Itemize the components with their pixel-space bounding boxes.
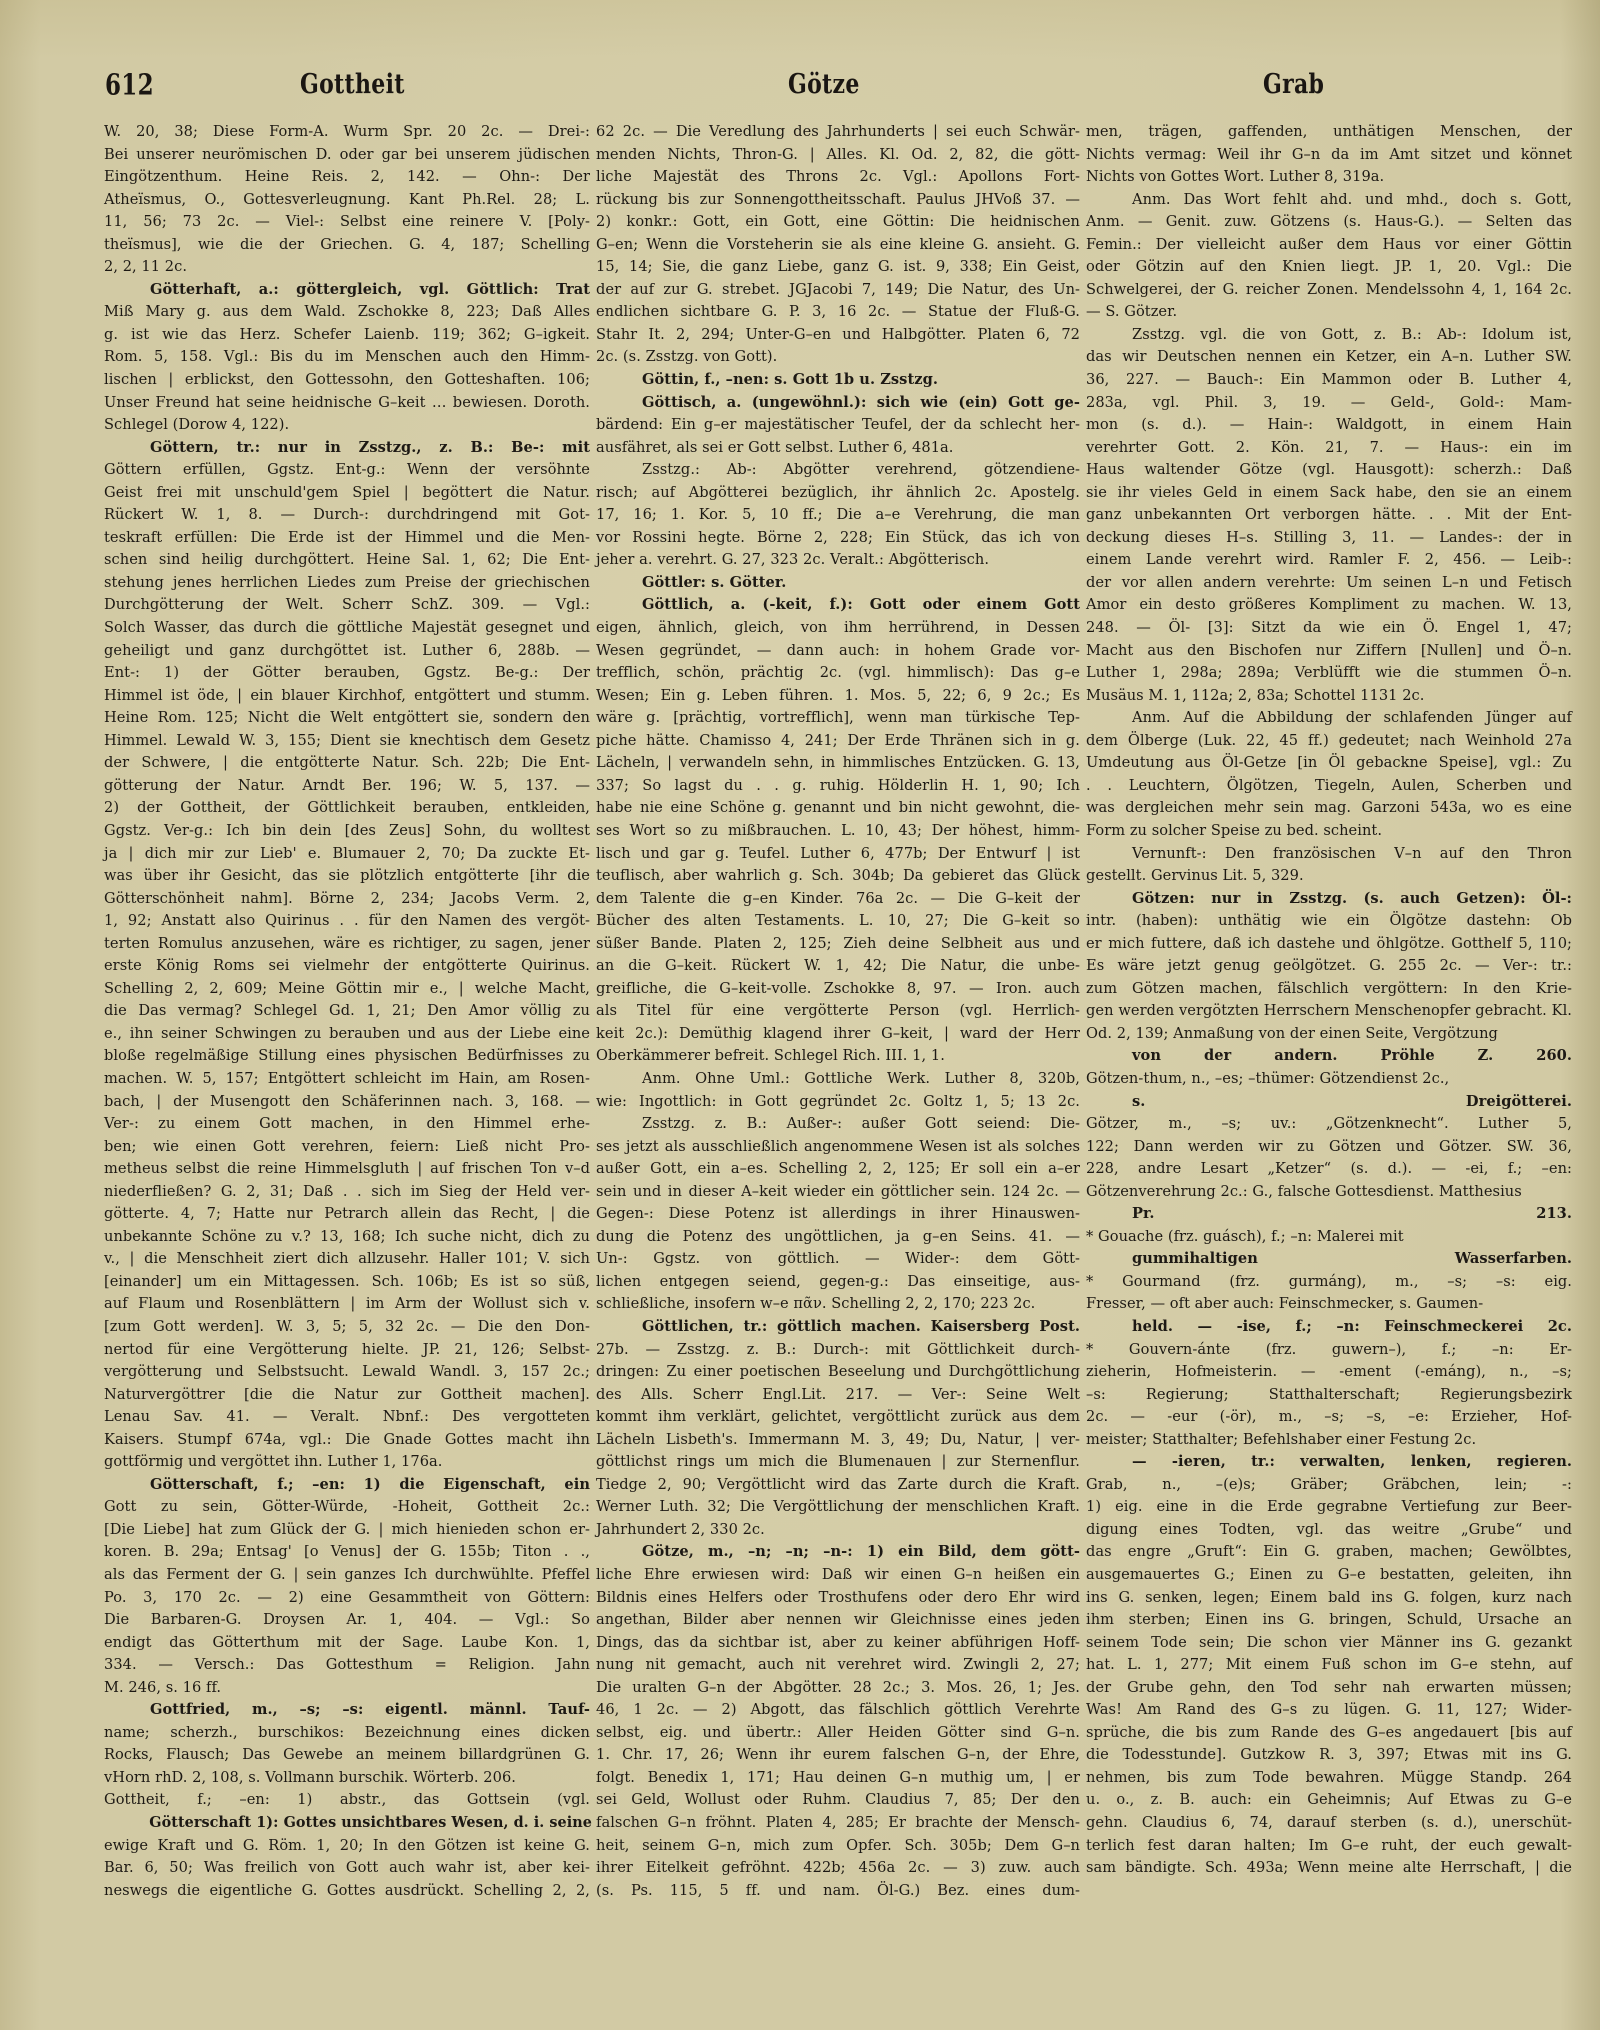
running-head-left: Gottheit: [300, 68, 405, 101]
text-line: dem Ölberge (Luk. 22, 45 ff.) gedeutet; …: [1086, 730, 1572, 753]
text-line: Femin.: Der vielleicht außer dem Haus vo…: [1086, 234, 1572, 257]
text-line: M. 246, s. 16 ff.: [104, 1677, 590, 1700]
text-line: Die Barbaren-G. Droysen Ar. 1, 404. — Vg…: [104, 1609, 590, 1632]
text-line: Po. 3, 170 2c. — 2) eine Gesammtheit von…: [104, 1587, 590, 1610]
text-line: g. ist wie das Herz. Schefer Laienb. 119…: [104, 324, 590, 347]
text-line: einem Lande verehrt wird. Ramler F. 2, 4…: [1086, 549, 1572, 572]
entry-headword-line: Götterschaft 1): Gottes unsichtbares Wes…: [104, 1812, 635, 1835]
text-line: ihrer Eitelkeit gefröhnt. 422b; 456a 2c.…: [596, 1857, 1080, 1880]
text-line: e., ihn seiner Schwingen zu berauben und…: [104, 1023, 590, 1046]
text-line: liche Majestät des Throns 2c. Vgl.: Apol…: [596, 166, 1080, 189]
text-line: schließliche, insofern w–e πᾶν. Schellin…: [596, 1293, 1080, 1316]
text-line: Götzen-thum, n., –es; –thümer: Götzendie…: [1086, 1068, 1572, 1091]
text-line: Macht aus den Bischofen nur Ziffern [Nul…: [1086, 640, 1572, 663]
text-line: u. o., z. B. auch: ein Geheimnis; Auf Et…: [1086, 1789, 1572, 1812]
text-line: ja | dich mir zur Lieb' e. Blumauer 2, 7…: [104, 843, 590, 866]
text-line: dung die Potenz des ungöttlichen, ja g–e…: [596, 1226, 1080, 1249]
text-line: götterte. 4, 7; Hatte nur Petrarch allei…: [104, 1203, 590, 1226]
text-line: Naturvergöttrer [die die Natur zur Gotth…: [104, 1384, 590, 1407]
text-line: 2) konkr.: Gott, ein Gott, eine Göttin: …: [596, 211, 1080, 234]
text-line: Haus waltender Götze (vgl. Hausgott): sc…: [1086, 459, 1572, 482]
text-line: Dings, das da sichtbar ist, aber zu kein…: [596, 1632, 1080, 1655]
text-line: Tiedge 2, 90; Vergöttlicht wird das Zart…: [596, 1474, 1080, 1497]
text-line: Heine Rom. 125; Nicht die Welt entgötter…: [104, 707, 590, 730]
text-line: göttlichst rings um mich die Blumenauen …: [596, 1451, 1080, 1474]
text-line: Himmel ist öde, | ein blauer Kirchhof, e…: [104, 685, 590, 708]
text-line: 36, 227. — Bauch-: Ein Mammon oder B. Lu…: [1086, 369, 1572, 392]
text-line: unbekannte Schöne zu v.? 13, 168; Ich su…: [104, 1226, 590, 1249]
text-line: theïsmus], wie die der Griechen. G. 4, 1…: [104, 234, 590, 257]
text-line: bloße regelmäßige Stillung eines physisc…: [104, 1045, 590, 1068]
text-line: Schelling 2, 2, 609; Meine Göttin mir e.…: [104, 978, 590, 1001]
text-line: Schwelgerei, der G. reicher Zonen. Mende…: [1086, 279, 1572, 302]
text-line: an die G–keit. Rückert W. 1, 42; Die Nat…: [596, 955, 1080, 978]
text-line: greifliche, die G–keit-volle. Zschokke 8…: [596, 978, 1080, 1001]
text-line: 228, andre Lesart „Ketzer“ (s. d.). — -e…: [1086, 1158, 1572, 1181]
entry-headword-line: Gottfried, m., –s; –s: eigentl. männl. T…: [104, 1699, 590, 1722]
text-line: Kaisers. Stumpf 674a, vgl.: Die Gnade Go…: [104, 1429, 590, 1452]
text-line: ausfähret, als sei er Gott selbst. Luthe…: [596, 437, 1080, 460]
text-line: Was! Am Rand des G–s zu lügen. G. 11, 12…: [1086, 1699, 1572, 1722]
text-line: Bei unserer neurömischen D. oder gar bei…: [104, 144, 590, 167]
text-line: rückung bis zur Sonnengottheitsschaft. P…: [596, 189, 1080, 212]
text-line: Oberkämmerer befreit. Schlegel Rich. III…: [596, 1045, 1080, 1068]
text-line: Werner Luth. 32; Die Vergöttlichung der …: [596, 1496, 1080, 1519]
entry-headword-line: Götterschaft, f.; –en: 1) die Eigenschaf…: [104, 1474, 590, 1497]
text-line: machen. W. 5, 157; Entgöttert schleicht …: [104, 1068, 590, 1091]
text-line: Lenau Sav. 41. — Veralt. Nbnf.: Des verg…: [104, 1406, 590, 1429]
text-line: er mich futtere, daß ich dastehe und öhl…: [1086, 933, 1572, 956]
text-line: intr. (haben): unthätig wie ein Ölgötze …: [1086, 910, 1572, 933]
entry-headword-line: Göttlich, a. (-keit, f.): Gott oder eine…: [596, 594, 1080, 617]
text-line: W. 20, 38; Diese Form-A. Wurm Spr. 20 2c…: [104, 121, 590, 144]
text-line: dem Talente die g–en Kinder. 76a 2c. — D…: [596, 888, 1080, 911]
text-line: 283a, vgl. Phil. 3, 19. — Geld-, Gold-: …: [1086, 392, 1572, 415]
text-line: lisch und gar g. Teufel. Luther 6, 477b;…: [596, 843, 1080, 866]
column-left: W. 20, 38; Diese Form-A. Wurm Spr. 20 2c…: [104, 121, 590, 1902]
text-line: als das Ferment der G. | sein ganzes Ich…: [104, 1564, 590, 1587]
text-line: wie: Ingottlich: in Gott gegründet 2c. G…: [596, 1091, 1080, 1114]
entry-headword-line: Göttler: s. Götter.: [596, 572, 1080, 595]
text-line: Un-: Ggstz. von göttlich. — Wider-: dem …: [596, 1248, 1080, 1271]
text-line: terten Romulus anzusehen, wäre es richti…: [104, 933, 590, 956]
text-line: gottförmig und vergöttet ihn. Luther 1, …: [104, 1451, 590, 1474]
text-line: Nichts vermag: Weil ihr G–n da im Amt si…: [1086, 144, 1572, 167]
text-line: Atheïsmus, O., Gottesverleugnung. Kant P…: [104, 189, 590, 212]
text-line: bärdend: Ein g–er majestätischer Teufel,…: [596, 414, 1080, 437]
text-line: Wesen; Ein g. Leben führen. 1. Mos. 5, 2…: [596, 685, 1080, 708]
text-line: falschen G–n fröhnt. Platen 4, 285; Er b…: [596, 1812, 1080, 1835]
text-line: Stahr It. 2, 294; Unter-G–en und Halbgöt…: [596, 324, 1080, 347]
text-line: folgt. Benedix 1, 171; Hau deinen G–n mu…: [596, 1767, 1080, 1790]
text-line: Miß Mary g. aus dem Wald. Zschokke 8, 22…: [104, 301, 590, 324]
text-line: koren. B. 29a; Entsag' [o Venus] der G. …: [104, 1541, 590, 1564]
text-line: Fresser, — oft aber auch: Feinschmecker,…: [1086, 1293, 1572, 1316]
text-line: * Gourmand (frz. gurmáng), m., –s; –s: e…: [1086, 1271, 1572, 1294]
text-line: Es wäre jetzt genug geölgötzet. G. 255 2…: [1086, 955, 1572, 978]
text-line: nertod für eine Vergötterung hielte. JP.…: [104, 1339, 590, 1362]
text-line: trefflich, schön, prächtig 2c. (vgl. him…: [596, 662, 1080, 685]
entry-headword-line: von der andern. Pröhle Z. 260.: [1086, 1045, 1572, 1068]
text-line: 2, 2, 11 2c.: [104, 256, 590, 279]
text-line: geheiligt und ganz durchgöttet ist. Luth…: [104, 640, 590, 663]
text-line: kommt ihm verklärt, gelichtet, vergöttli…: [596, 1406, 1080, 1429]
text-line: bach, | der Musengott den Schäferinnen n…: [104, 1091, 590, 1114]
text-line: Od. 2, 139; Anmaßung von der einen Seite…: [1086, 1023, 1572, 1046]
text-line: des Alls. Scherr Engl.Lit. 217. — Ver-: …: [596, 1384, 1080, 1407]
column-middle: 62 2c. — Die Veredlung des Jahrhunderts …: [596, 121, 1080, 1902]
text-line: Umdeutung aus Öl-Getze [in Öl gebackne S…: [1086, 752, 1572, 775]
text-line: auf Flaum und Rosenblättern | im Arm der…: [104, 1293, 590, 1316]
text-line: Gott zu sein, Götter-Würde, -Hoheit, Got…: [104, 1496, 590, 1519]
text-line: ausgemauertes G.; Einen zu G–e bestatten…: [1086, 1564, 1572, 1587]
text-line: Anm. Das Wort fehlt ahd. und mhd., doch …: [1086, 189, 1572, 212]
column-right: men, trägen, gaffenden, unthätigen Mensc…: [1086, 121, 1572, 1880]
entry-headword-line: gummihaltigen Wasserfarben.: [1086, 1248, 1572, 1271]
text-line: endigt das Götterthum mit der Sage. Laub…: [104, 1632, 590, 1655]
text-line: götterung der Natur. Arndt Ber. 196; W. …: [104, 775, 590, 798]
text-line: ihm sterben; Einen ins G. bringen, Schul…: [1086, 1609, 1572, 1632]
text-line: der vor allen andern verehrte: Um seinen…: [1086, 572, 1572, 595]
text-line: Vernunft-: Den französischen V–n auf den…: [1086, 843, 1572, 866]
text-line: . . Leuchtern, Ölgötzen, Tiegeln, Aulen,…: [1086, 775, 1572, 798]
text-line: niederfließen? G. 2, 31; Daß . . sich im…: [104, 1181, 590, 1204]
text-line: piche hätte. Chamisso 4, 241; Der Erde T…: [596, 730, 1080, 753]
text-line: der Grube gehn, den Tod sehr nah erwarte…: [1086, 1677, 1572, 1700]
text-line: 2c. (s. Zsstzg. von Gott).: [596, 346, 1080, 369]
text-line: das wir Deutschen nennen ein Ketzer, ein…: [1086, 346, 1572, 369]
text-line: der Schwere, | die entgötterte Natur. Sc…: [104, 752, 590, 775]
text-line: Solch Wasser, das durch die göttliche Ma…: [104, 617, 590, 640]
text-line: Zsstzg. z. B.: Außer-: außer Gott seiend…: [596, 1113, 1080, 1136]
text-line: metheus selbst die reine Himmelsgluth | …: [104, 1158, 590, 1181]
text-line: Grab, n., –(e)s; Gräber; Gräbchen, lein;…: [1086, 1474, 1572, 1497]
text-line: digung eines Todten, vgl. das weitre „Gr…: [1086, 1519, 1572, 1542]
running-head-right: Grab: [1263, 68, 1324, 101]
text-line: vHorn rhD. 2, 108, s. Vollmann burschik.…: [104, 1767, 590, 1790]
text-line: gen werden vergötzten Herrschern Mensche…: [1086, 1000, 1572, 1023]
text-line: als Titel für eine vergötterte Person (v…: [596, 1000, 1080, 1023]
text-line: was dergleichen mehr sein mag. Garzoni 5…: [1086, 797, 1572, 820]
text-line: Gegen-: Diese Potenz ist allerdings in i…: [596, 1203, 1080, 1226]
text-line: Zsstzg.: Ab-: Abgötter verehrend, götzen…: [596, 459, 1080, 482]
text-line: Lächeln, | verwandeln sehn, in himmlisch…: [596, 752, 1080, 775]
text-line: Durchgötterung der Welt. Scherr SchZ. 30…: [104, 594, 590, 617]
text-line: 11, 56; 73 2c. — Viel-: Selbst eine rein…: [104, 211, 590, 234]
text-line: Ent-: 1) der Götter berauben, Ggstz. Be-…: [104, 662, 590, 685]
running-head: 612 Gottheit Götze Grab: [0, 68, 1600, 104]
entry-headword-line: Götterhaft, a.: göttergleich, vgl. Göttl…: [104, 279, 590, 302]
text-line: — S. Götzer.: [1086, 301, 1572, 324]
text-line: zieherin, Hofmeisterin. — -ement (-emáng…: [1086, 1361, 1572, 1384]
text-line: 1. Chr. 17, 26; Wenn ihr eurem falschen …: [596, 1744, 1080, 1767]
text-line: 2c. — -eur (-ör), m., –s; –s, –e: Erzieh…: [1086, 1406, 1572, 1429]
text-line: 337; So lagst du . . g. ruhig. Hölderlin…: [596, 775, 1080, 798]
text-line: Ver-: zu einem Gott machen, in den Himme…: [104, 1113, 590, 1136]
text-line: sei Geld, Wollust oder Ruhm. Claudius 7,…: [596, 1789, 1080, 1812]
text-line: hat. L. 1, 277; Mit einem Fuß schon im G…: [1086, 1654, 1572, 1677]
text-line: die Das vermag? Schlegel Gd. 1, 21; Den …: [104, 1000, 590, 1023]
text-line: Rom. 5, 158. Vgl.: Bis du im Menschen au…: [104, 346, 590, 369]
text-line: angethan, Bilder aber nennen wir Gleichn…: [596, 1609, 1080, 1632]
text-line: oder Götzin auf den Knien liegt. JP. 1, …: [1086, 256, 1572, 279]
text-line: Anm. Auf die Abbildung der schlafenden J…: [1086, 707, 1572, 730]
text-line: Ggstz. Ver-g.: Ich bin dein [des Zeus] S…: [104, 820, 590, 843]
text-line: lischen | erblickst, den Gottessohn, den…: [104, 369, 590, 392]
text-line: erste König Roms sei vielmehr der entgöt…: [104, 955, 590, 978]
entry-headword-line: — -ieren, tr.: verwalten, lenken, regier…: [1086, 1451, 1572, 1474]
text-line: Anm. — Genit. zuw. Götzens (s. Haus-G.).…: [1086, 211, 1572, 234]
text-line: –s: Regierung; Statthalterschaft; Regier…: [1086, 1384, 1572, 1407]
text-line: sie ihr vieles Geld in einem Sack habe, …: [1086, 482, 1572, 505]
text-line: Anm. Ohne Uml.: Gottliche Werk. Luther 8…: [596, 1068, 1080, 1091]
text-line: G–en; Wenn die Vorsteherin sie als eine …: [596, 234, 1080, 257]
text-line: ben; wie einen Gott verehren, feiern: Li…: [104, 1136, 590, 1159]
text-line: Bildnis eines Helfers oder Trosthufens o…: [596, 1587, 1080, 1610]
text-line: Schlegel (Dorow 4, 122).: [104, 414, 590, 437]
text-line: men, trägen, gaffenden, unthätigen Mensc…: [1086, 121, 1572, 144]
text-line: 27b. — Zsstzg. z. B.: Durch-: mit Göttli…: [596, 1339, 1080, 1362]
text-line: 2) der Gottheit, der Göttlichkeit beraub…: [104, 797, 590, 820]
text-line: schen sind heilig durchgöttert. Heine Sa…: [104, 549, 590, 572]
text-line: liche Ehre erwiesen wird: Daß wir einen …: [596, 1564, 1080, 1587]
text-line: Götterschönheit nahm]. Börne 2, 234; Jac…: [104, 888, 590, 911]
text-line: sein und in dieser A–keit wieder ein göt…: [596, 1181, 1080, 1204]
text-line: zum Götzen machen, fälschlich vergöttern…: [1086, 978, 1572, 1001]
text-line: Musäus M. 1, 112a; 2, 83a; Schottel 1131…: [1086, 685, 1572, 708]
text-line: Jahrhundert 2, 330 2c.: [596, 1519, 1080, 1542]
running-head-middle: Götze: [788, 68, 860, 101]
page-number: 612: [105, 68, 154, 102]
text-line: süßer Bande. Platen 2, 125; Zieh deine S…: [596, 933, 1080, 956]
text-line: Himmel. Lewald W. 3, 155; Dient sie knec…: [104, 730, 590, 753]
text-line: stehung jenes herrlichen Liedes zum Prei…: [104, 572, 590, 595]
text-line: Die uralten G–n der Abgötter. 28 2c.; 3.…: [596, 1677, 1080, 1700]
entry-headword-line: held. — -ise, f.; –n: Feinschmeckerei 2c…: [1086, 1316, 1572, 1339]
text-line: teuflisch, aber wahrlich g. Sch. 304b; D…: [596, 865, 1080, 888]
text-line: Wesen gegründet, — dann auch: in hohem G…: [596, 640, 1080, 663]
text-line: jeher a. verehrt. G. 27, 323 2c. Veralt.…: [596, 549, 1080, 572]
text-line: ins G. senken, legen; Einem bald ins G. …: [1086, 1587, 1572, 1610]
text-line: keit 2c.): Demüthig klagend ihrer G–keit…: [596, 1023, 1080, 1046]
entry-headword-line: Göttern, tr.: nur in Zsstzg., z. B.: Be-…: [104, 437, 590, 460]
entry-headword-line: Göttlichen, tr.: göttlich machen. Kaiser…: [596, 1316, 1080, 1339]
dictionary-page: 612 Gottheit Götze Grab W. 20, 38; Diese…: [0, 0, 1600, 2030]
text-line: nung nit gemacht, auch nit verehret wird…: [596, 1654, 1080, 1677]
text-line: 248. — Öl- [3]: Sitzt da wie ein Ö. Enge…: [1086, 617, 1572, 640]
text-line: wäre g. [prächtig, vortrefflich], wenn m…: [596, 707, 1080, 730]
text-line: gestellt. Gervinus Lit. 5, 329.: [1086, 865, 1572, 888]
text-line: 334. — Versch.: Das Gottesthum = Religio…: [104, 1654, 590, 1677]
text-line: ses jetzt als ausschließlich angenommene…: [596, 1136, 1080, 1159]
text-line: 15, 14; Sie, die ganz Liebe, ganz G. ist…: [596, 256, 1080, 279]
text-line: selbst, eig. und übertr.: Aller Heiden G…: [596, 1722, 1080, 1745]
text-line: sprüche, die bis zum Rande des G–es ange…: [1086, 1722, 1572, 1745]
text-line: Geist frei mit unschuld'gem Spiel | begö…: [104, 482, 590, 505]
text-line: seinem Tode sein; Die schon vier Männer …: [1086, 1632, 1572, 1655]
text-line: ses Wort so zu mißbrauchen. L. 10, 43; D…: [596, 820, 1080, 843]
text-line: deckung dieses H–s. Stilling 3, 11. — La…: [1086, 527, 1572, 550]
text-line: dringen: Zu einer poetischen Beseelung u…: [596, 1361, 1080, 1384]
text-line: der auf zur G. strebet. JGJacobi 7, 149;…: [596, 279, 1080, 302]
text-line: 122; Dann werden wir zu Götzen und Götze…: [1086, 1136, 1572, 1159]
text-line: gehn. Claudius 6, 74, darauf sterben (s.…: [1086, 1812, 1572, 1835]
text-line: Bücher des alten Testaments. L. 10, 27; …: [596, 910, 1080, 933]
text-line: eigen, ähnlich, gleich, von ihm herrühre…: [596, 617, 1080, 640]
text-line: vergötterung und Selbstsucht. Lewald Wan…: [104, 1361, 590, 1384]
text-line: v., | die Menschheit ziert dich allzuseh…: [104, 1248, 590, 1271]
entry-headword-line: Götzen: nur in Zsstzg. (s. auch Getzen):…: [1086, 888, 1572, 911]
text-line: * Gouvern-ánte (frz. guwern–), f.; –n: E…: [1086, 1339, 1572, 1362]
text-line: Unser Freund hat seine heidnische G–keit…: [104, 392, 590, 415]
entry-headword-line: s. Dreigötterei.: [1086, 1091, 1572, 1114]
text-line: [einander] um ein Mittagessen. Sch. 106b…: [104, 1271, 590, 1294]
text-line: teskraft erfüllen: Die Erde ist der Himm…: [104, 527, 590, 550]
text-line: 1) eig. eine in die Erde gegrabne Vertie…: [1086, 1496, 1572, 1519]
text-line: Gottheit, f.; –en: 1) abstr., das Gottse…: [104, 1789, 590, 1812]
text-line: Zsstzg. vgl. die von Gott, z. B.: Ab-: I…: [1086, 324, 1572, 347]
text-line: Nichts von Gottes Wort. Luther 8, 319a.: [1086, 166, 1572, 189]
text-line: risch; auf Abgötterei bezüglich, ihr ähn…: [596, 482, 1080, 505]
text-line: lichen entgegen seiend, gegen-g.: Das ei…: [596, 1271, 1080, 1294]
entry-headword-line: Göttisch, a. (ungewöhnl.): sich wie (ein…: [596, 392, 1080, 415]
text-line: vor Rossini hegte. Börne 2, 228; Ein Stü…: [596, 527, 1080, 550]
text-line: außer Gott, ein a–es. Schelling 2, 2, 12…: [596, 1158, 1080, 1181]
text-line: terlich fest daran halten; Im G–e ruht, …: [1086, 1835, 1572, 1858]
text-line: Amor ein desto größeres Kompliment zu ma…: [1086, 594, 1572, 617]
text-line: Rocks, Flausch; Das Gewebe an meinem bil…: [104, 1744, 590, 1767]
entry-headword-line: Götze, m., –n; –n; –n-: 1) ein Bild, dem…: [596, 1541, 1080, 1564]
text-line: verehrter Gott. 2. Kön. 21, 7. — Haus-: …: [1086, 437, 1572, 460]
text-line: die Todesstunde]. Gutzkow R. 3, 397; Etw…: [1086, 1744, 1572, 1767]
text-line: heit, seinem G–n, mich zum Opfer. Sch. 3…: [596, 1835, 1080, 1858]
text-line: neswegs die eigentliche G. Gottes ausdrü…: [104, 1880, 590, 1903]
text-line: Göttern erfüllen, Ggstz. Ent-g.: Wenn de…: [104, 459, 590, 482]
text-line: habe nie eine Schöne g. genannt und bin …: [596, 797, 1080, 820]
text-line: [zum Gott werden]. W. 3, 5; 5, 32 2c. — …: [104, 1316, 590, 1339]
entry-headword-line: Pr. 213.: [1086, 1203, 1572, 1226]
text-line: ganz unbekannten Ort verborgen hätte. . …: [1086, 504, 1572, 527]
text-line: Rückert W. 1, 8. — Durch-: durchdringend…: [104, 504, 590, 527]
text-line: Bar. 6, 50; Was freilich von Gott auch w…: [104, 1857, 590, 1880]
text-line: 46, 1 2c. — 2) Abgott, das fälschlich gö…: [596, 1699, 1080, 1722]
text-line: 62 2c. — Die Veredlung des Jahrhunderts …: [596, 121, 1080, 144]
entry-headword-line: Göttin, f., –nen: s. Gott 1b u. Zsstzg.: [596, 369, 1080, 392]
text-line: endlichen sichtbare G. P. 3, 16 2c. — St…: [596, 301, 1080, 324]
text-line: mon (s. d.). — Hain-: Waldgott, in einem…: [1086, 414, 1572, 437]
text-line: 17, 16; 1. Kor. 5, 10 ff.; Die a–e Vereh…: [596, 504, 1080, 527]
text-line: Götzenverehrung 2c.: G., falsche Gottesd…: [1086, 1181, 1572, 1204]
text-line: sam bändigte. Sch. 493a; Wenn meine alte…: [1086, 1857, 1572, 1880]
text-line: nehmen, bis zum Tode bewahren. Mügge Sta…: [1086, 1767, 1572, 1790]
text-line: Luther 1, 298a; 289a; Verblüfft wie die …: [1086, 662, 1572, 685]
text-line: [Die Liebe] hat zum Glück der G. | mich …: [104, 1519, 590, 1542]
text-line: (s. Ps. 115, 5 ff. und nam. Öl-G.) Bez. …: [596, 1880, 1080, 1903]
text-line: name; scherzh., burschikos: Bezeichnung …: [104, 1722, 590, 1745]
text-line: Lächeln Lisbeth's. Immermann M. 3, 49; D…: [596, 1429, 1080, 1452]
text-line: * Gouache (frz. guásch), f.; –n: Malerei…: [1086, 1226, 1572, 1249]
text-line: Form zu solcher Speise zu bed. scheint.: [1086, 820, 1572, 843]
text-line: Eingötzenthum. Heine Reis. 2, 142. — Ohn…: [104, 166, 590, 189]
text-line: Götzer, m., –s; uv.: „Götzenknecht“. Lut…: [1086, 1113, 1572, 1136]
text-line: meister; Statthalter; Befehlshaber einer…: [1086, 1429, 1572, 1452]
text-line: was über ihr Gesicht, das sie plötzlich …: [104, 865, 590, 888]
text-line: 1, 92; Anstatt also Quirinus . . für den…: [104, 910, 590, 933]
text-line: das engre „Gruft“: Ein G. graben, machen…: [1086, 1541, 1572, 1564]
text-line: ewige Kraft und G. Röm. 1, 20; In den Gö…: [104, 1835, 590, 1858]
text-line: menden Nichts, Thron-G. | Alles. Kl. Od.…: [596, 144, 1080, 167]
